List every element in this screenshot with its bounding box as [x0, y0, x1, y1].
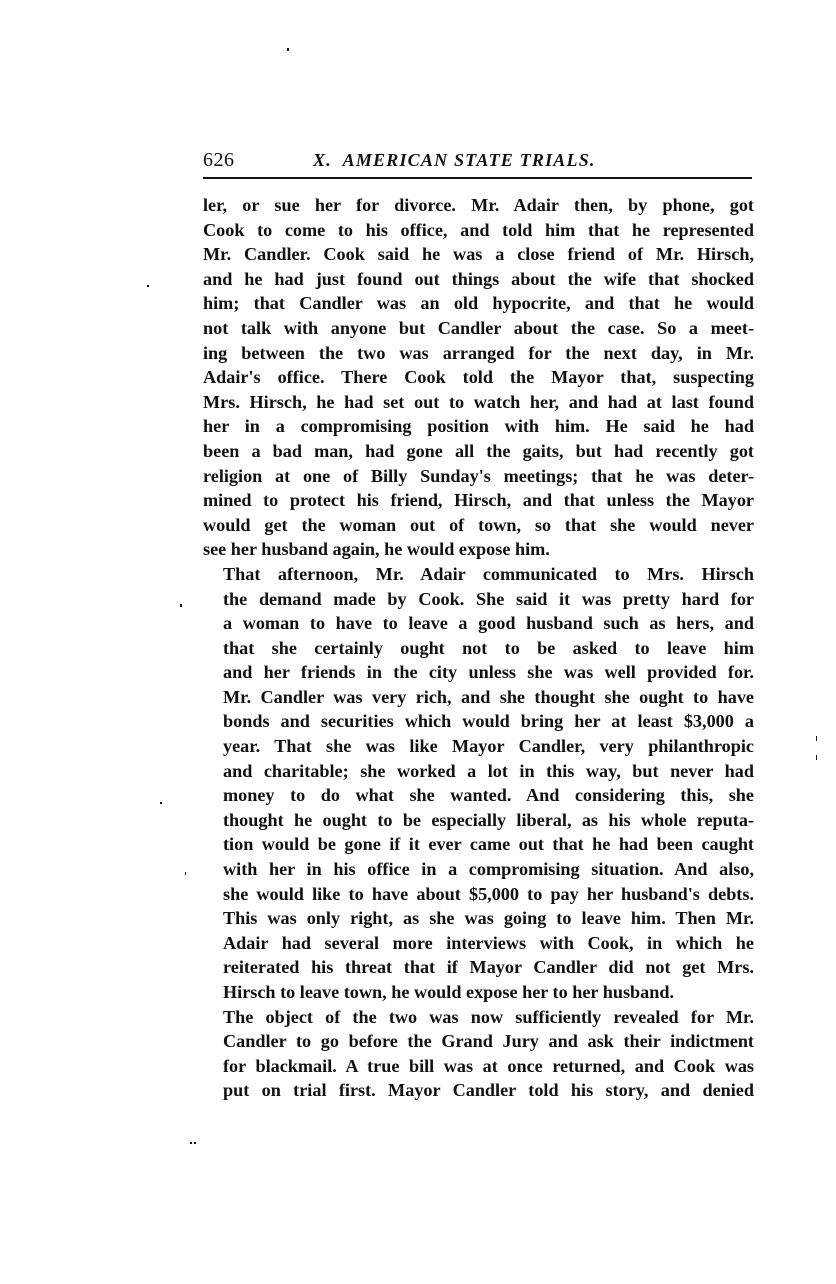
- text-line: money to do what she wanted. And conside…: [203, 783, 754, 808]
- scan-speck: [287, 48, 289, 51]
- paragraph: The object of the two was now sufficient…: [203, 1005, 754, 1103]
- text-line: ing between the two was arranged for the…: [203, 341, 754, 366]
- text-line: Hirsch to leave town, he would expose he…: [203, 980, 754, 1005]
- scan-speck: [160, 802, 162, 804]
- text-line: bonds and securities which would bring h…: [203, 709, 754, 734]
- text-line: and he had just found out things about t…: [203, 267, 754, 292]
- text-line: ler, or sue her for divorce. Mr. Adair t…: [203, 193, 754, 218]
- scan-speck: [190, 1142, 192, 1144]
- text-line: Mrs. Hirsch, he had set out to watch her…: [203, 390, 754, 415]
- text-line: she would like to have about $5,000 to p…: [203, 882, 754, 907]
- paragraph: That afternoon, Mr. Adair communicated t…: [203, 562, 754, 1005]
- text-line: and her friends in the city unless she w…: [203, 660, 754, 685]
- body-text: ler, or sue her for divorce. Mr. Adair t…: [203, 193, 754, 1103]
- running-head: 626 X. AMERICAN STATE TRIALS.: [203, 146, 754, 174]
- scan-speck: [147, 285, 149, 287]
- text-line: This was only right, as she was going to…: [203, 906, 754, 931]
- scan-speck: [180, 604, 182, 607]
- text-line: That afternoon, Mr. Adair communicated t…: [203, 562, 754, 587]
- text-line: the demand made by Cook. She said it was…: [203, 587, 754, 612]
- text-line: mined to protect his friend, Hirsch, and…: [203, 488, 754, 513]
- text-line: religion at one of Billy Sunday's meetin…: [203, 464, 754, 489]
- text-line: her in a compromising position with him.…: [203, 414, 754, 439]
- text-line: and charitable; she worked a lot in this…: [203, 759, 754, 784]
- header-rule: [203, 177, 752, 179]
- text-line: year. That she was like Mayor Candler, v…: [203, 734, 754, 759]
- scan-speck: [816, 755, 817, 760]
- text-line: been a bad man, had gone all the gaits, …: [203, 439, 754, 464]
- text-line: Candler to go before the Grand Jury and …: [203, 1029, 754, 1054]
- text-line: that she certainly ought not to be asked…: [203, 636, 754, 661]
- text-line: see her husband again, he would expose h…: [203, 537, 754, 562]
- running-title: X. AMERICAN STATE TRIALS.: [313, 146, 596, 174]
- scan-speck: [816, 736, 817, 741]
- text-line: reiterated his threat that if Mayor Cand…: [203, 955, 754, 980]
- text-line: Mr. Candler was very rich, and she thoug…: [203, 685, 754, 710]
- text-line: Adair's office. There Cook told the Mayo…: [203, 365, 754, 390]
- text-line: a woman to have to leave a good husband …: [203, 611, 754, 636]
- scan-speck: [185, 872, 186, 875]
- text-line: would get the woman out of town, so that…: [203, 513, 754, 538]
- text-line: for blackmail. A true bill was at once r…: [203, 1054, 754, 1079]
- scan-speck: [194, 1142, 196, 1144]
- text-line: tion would be gone if it ever came out t…: [203, 832, 754, 857]
- text-line: him; that Candler was an old hypocrite, …: [203, 291, 754, 316]
- text-line: Cook to come to his office, and told him…: [203, 218, 754, 243]
- text-line: Adair had several more interviews with C…: [203, 931, 754, 956]
- text-line: The object of the two was now sufficient…: [203, 1005, 754, 1030]
- book-page: 626 X. AMERICAN STATE TRIALS. ler, or su…: [203, 146, 754, 1103]
- page-number: 626: [203, 146, 235, 174]
- text-line: not talk with anyone but Candler about t…: [203, 316, 754, 341]
- text-line: put on trial first. Mayor Candler told h…: [203, 1078, 754, 1103]
- paragraph: ler, or sue her for divorce. Mr. Adair t…: [203, 193, 754, 562]
- text-line: with her in his office in a compromising…: [203, 857, 754, 882]
- text-line: thought he ought to be especially libera…: [203, 808, 754, 833]
- text-line: Mr. Candler. Cook said he was a close fr…: [203, 242, 754, 267]
